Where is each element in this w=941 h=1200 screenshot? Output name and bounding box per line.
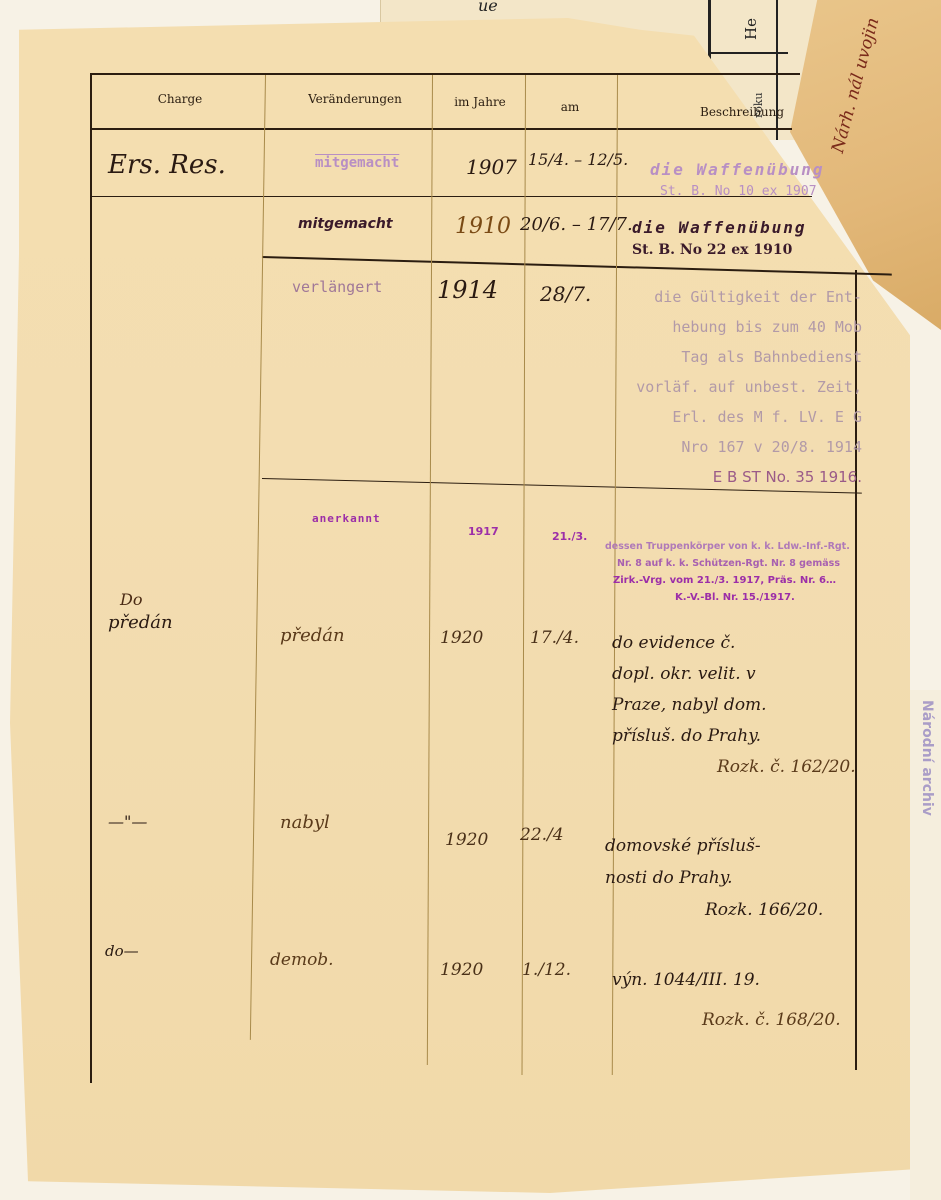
row7-jahr: 1920: [440, 960, 483, 980]
row5-charge: předán: [108, 612, 173, 633]
row2-beschreibung: die Waffenübung St. B. No 22 ex 1910: [632, 216, 807, 261]
row1-beschreibung: die Waffenübung St. B. No 10 ex 1907: [650, 158, 825, 202]
row5-jahr: 1920: [440, 628, 483, 648]
header-charge: Charge: [130, 92, 230, 106]
row4-am: 21./3.: [552, 530, 587, 543]
row1-jahr: 1907: [466, 155, 517, 179]
header-veraenderungen: Veränderungen: [290, 92, 420, 106]
row5-beschreibung: do evidence č. dopl. okr. velit. v Praze…: [612, 628, 856, 783]
row3-am: 28/7.: [540, 282, 591, 306]
row1-am: 15/4. – 12/5.: [528, 150, 628, 169]
row2-am: 20/6. – 17/7.: [520, 214, 633, 235]
table-top-border: [90, 73, 800, 75]
row3-jahr: 1914: [437, 276, 498, 304]
row4-jahr: 1917: [468, 525, 499, 538]
row7-am: 1./12.: [522, 960, 571, 980]
row3-veraenderung: verlängert: [292, 278, 382, 296]
row4-veraenderung: anerkannt: [312, 512, 381, 525]
ebst-stamp: E B ST No. 35 1916.: [600, 462, 862, 492]
row6-jahr: 1920: [445, 830, 488, 850]
background-sheet-line: [708, 0, 711, 60]
row6-beschreibung: domovské přísluš- nosti do Prahy. Rozk. …: [605, 830, 823, 926]
header-bottom-border: [92, 128, 792, 130]
table-left-border: [90, 73, 92, 1083]
background-sheet-line: [776, 0, 778, 140]
row1-charge: Ers. Res.: [108, 150, 226, 180]
row4-beschreibung: dessen Truppenkörper von k. k. Ldw.-Inf.…: [605, 538, 850, 606]
row6-am: 22./4: [520, 825, 564, 845]
row5-veraenderung: předán: [280, 625, 345, 646]
header-beschreibung: Beschreibung: [700, 105, 770, 119]
row6-veraenderung: nabyl: [280, 812, 330, 833]
row7-beschreibung: výn. 1044/III. 19. Rozk. č. 168/20.: [612, 960, 841, 1040]
background-sheet-handwriting: ue: [478, 0, 498, 15]
row6-charge: —"—: [108, 812, 147, 831]
row2-jahr: 1910: [455, 214, 511, 239]
archive-stamp: Národní archiv: [919, 700, 935, 816]
row1-veraenderung: mitgemacht: [315, 155, 399, 171]
row2-veraenderung: mitgemacht: [298, 216, 393, 232]
row5-am: 17./4.: [530, 628, 579, 648]
header-im-jahre: im Jahre: [440, 95, 520, 109]
row3-beschreibung: die Gültigkeit der Ent- hebung bis zum 4…: [600, 282, 862, 492]
background-sheet-header: He: [742, 18, 760, 40]
row7-veraenderung: demob.: [270, 950, 334, 970]
row5-charge-mark: Do: [120, 590, 142, 609]
header-am: am: [535, 100, 605, 114]
row7-charge: do—: [105, 942, 139, 960]
